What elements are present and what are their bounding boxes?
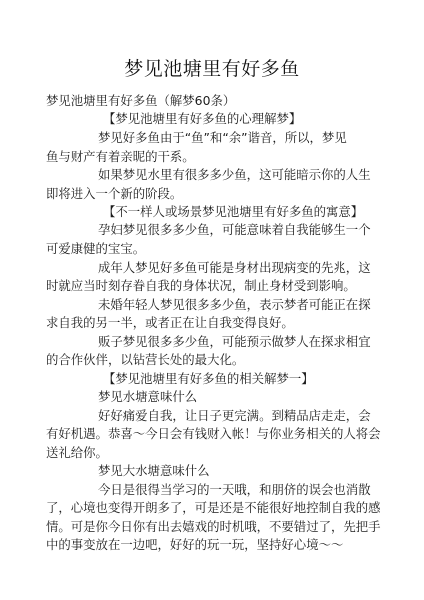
paragraph-line: 的合作伙伴，以钻营长处的最大化。 bbox=[46, 352, 244, 368]
paragraph-line: 了，心境也变得开朗多了，可是还是不能很好地控制自我的感 bbox=[46, 500, 381, 516]
document-page: 梦见池塘里有好多鱼 梦见池塘里有好多鱼（解梦60条）【梦见池塘里有好多鱼的心理解… bbox=[0, 0, 424, 600]
paragraph-line: 如果梦见水里有很多多少鱼，这可能暗示你的人生 bbox=[98, 167, 371, 183]
paragraph-line: 孕妇梦见很多多少鱼，可能意味着自我能够生一个 bbox=[98, 222, 371, 238]
paragraph-line: 好好痛爱自我，让日子更完满。到精品店走走，会 bbox=[98, 408, 371, 424]
paragraph-line: 梦见好多鱼由于“鱼”和“余”谐音，所以，梦见 bbox=[98, 130, 347, 146]
paragraph-line: 可爱康健的宝宝。 bbox=[46, 241, 145, 257]
paragraph-line: 梦见大水塘意味什么 bbox=[98, 463, 210, 479]
paragraph-line: 中的事变放在一边吧，好好的玩一玩，坚持好心境～～ bbox=[46, 537, 343, 553]
paragraph-line: 梦见水塘意味什么 bbox=[98, 389, 197, 405]
section-heading: 【梦见池塘里有好多鱼的心理解梦】 bbox=[103, 111, 301, 127]
document-title: 梦见池塘里有好多鱼 bbox=[0, 56, 424, 82]
paragraph-line: 鱼与财产有着亲昵的干系。 bbox=[46, 149, 195, 165]
paragraph-line: 有好机遇。恭喜～今日会有钱财入帐！与你业务相关的人将会 bbox=[46, 426, 381, 442]
section-heading: 【不一样人或场景梦见池塘里有好多鱼的寓意】 bbox=[103, 204, 363, 220]
paragraph-line: 求自我的另一半，或者正在让自我变得良好。 bbox=[46, 315, 294, 331]
paragraph-line: 送礼给你。 bbox=[46, 445, 108, 461]
paragraph-line: 未婚年轻人梦见很多多少鱼，表示梦者可能正在探 bbox=[98, 297, 371, 313]
paragraph-line: 成年人梦见好多鱼可能是身材出现病变的先兆，这 bbox=[98, 260, 371, 276]
paragraph-line: 贩子梦见很多多少鱼，可能预示做梦人在探求相宜 bbox=[98, 334, 371, 350]
paragraph-line: 时就应当时刻存眷自我的身体状况，制止身材受到影响。 bbox=[46, 278, 356, 294]
paragraph-line: 即将进入一个新的阶段。 bbox=[46, 186, 182, 202]
paragraph-line: 今日是很得当学习的一天哦，和朋侪的误会也消散 bbox=[98, 482, 371, 498]
paragraph-line: 情。可是你今日你有出去嬉戏的时机哦，不要错过了，先把手 bbox=[46, 519, 381, 535]
section-heading: 【梦见池塘里有好多鱼的相关解梦一】 bbox=[103, 371, 314, 387]
document-subtitle: 梦见池塘里有好多鱼（解梦60条） bbox=[46, 93, 235, 109]
